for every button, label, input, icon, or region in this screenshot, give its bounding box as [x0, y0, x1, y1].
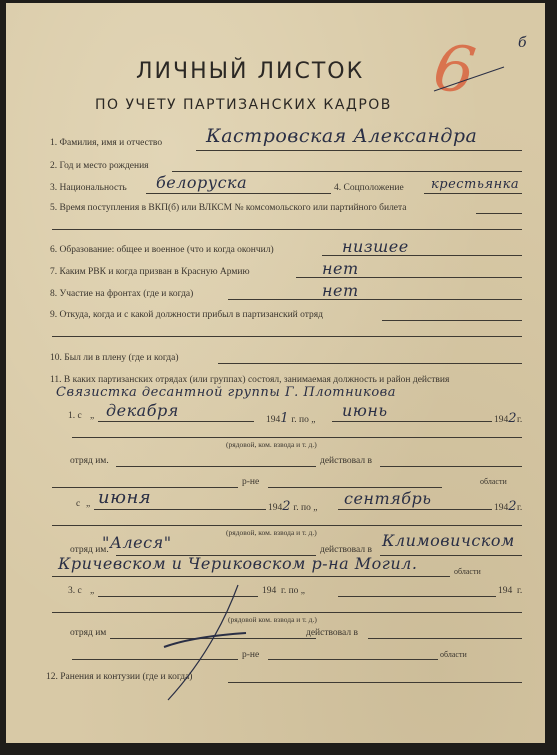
document-sheet: ЛИЧНЫЙ ЛИСТОК ПО УЧЕТУ ПАРТИЗАНСКИХ КАДР…: [6, 3, 545, 743]
pen-strike-mark: [6, 3, 545, 743]
